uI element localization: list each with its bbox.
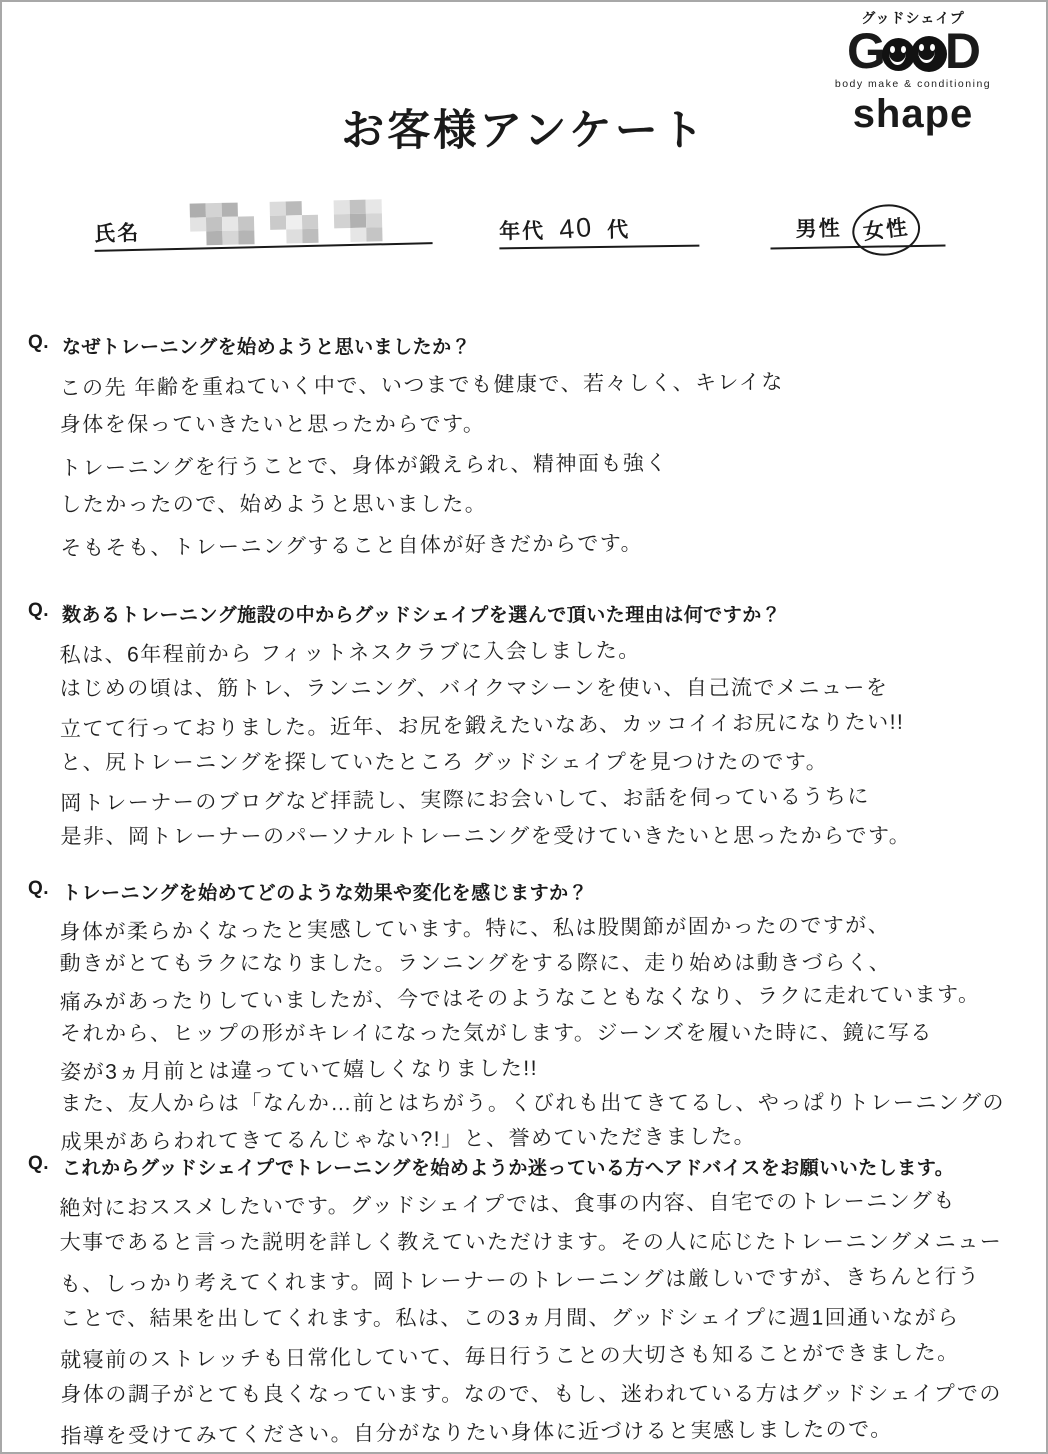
answer-line: 姿が3ヵ月前とは違っていて嬉しくなりました!! xyxy=(60,1047,1026,1090)
answer-line: と、尻トレーニングを探していたところ グッドシェイプを見つけたのです。 xyxy=(60,743,1026,781)
question-heading: Q. トレーニングを始めてどのような効果や変化を感じますか？ xyxy=(28,878,1026,905)
name-label: 氏名 xyxy=(94,217,141,248)
smiley-face-icon xyxy=(882,38,915,71)
answer-line: この先 年齢を重ねていく中で、いつまでも健康で、若々しく、キレイな xyxy=(59,361,1025,409)
answer-line: 痛みがあったりしていましたが、今ではそのようなこともなくなり、ラクに走れています… xyxy=(60,977,1026,1020)
question-label: Q. xyxy=(28,332,62,359)
question-heading: Q. なぜトレーニングを始めようと思いましたか？ xyxy=(28,332,1026,359)
question-section-1: Q. なぜトレーニングを始めようと思いましたか？ この先 年齢を重ねていく中で、… xyxy=(28,332,1026,565)
name-field: 氏名 xyxy=(93,186,432,252)
answer-line: 絶対におススメしたいです。グッドシェイプでは、食事の内容、自宅でのトレーニングも xyxy=(59,1182,1025,1228)
answer-line: 指導を受けてみてください。自分がなりたい身体に近づけると実感しましたので。 xyxy=(60,1410,1026,1454)
question-label: Q. xyxy=(28,878,62,905)
answer-line: また、友人からは「なんか…前とはちがう。くびれも出てきてるし、やっぱりトレーニン… xyxy=(60,1085,1026,1121)
survey-page: グッドシェイプ GD body make & conditioning shap… xyxy=(0,0,1048,1454)
logo-letter-g: G xyxy=(847,26,884,76)
answer-line: はじめの頃は、筋トレ、ランニング、バイクマシーンを使い、自己流でメニューを xyxy=(60,669,1026,707)
page-title: お客様アンケート xyxy=(2,97,1046,158)
logo-letter-d: D xyxy=(945,26,979,76)
handwritten-answer: 絶対におススメしたいです。グッドシェイプでは、食事の内容、自宅でのトレーニングも… xyxy=(27,1183,1026,1454)
answer-line: それから、ヒップの形がキレイになった気がします。ジーンズを履いた時に、鏡に写る xyxy=(60,1015,1026,1051)
question-section-3: Q. トレーニングを始めてどのような効果や変化を感じますか？ 身体が柔らかくなっ… xyxy=(28,878,1026,1156)
gender-female-label: 女性 xyxy=(861,216,909,244)
answer-line: 身体を保っていきたいと思ったからです。 xyxy=(60,404,1026,445)
answer-line: 是非、岡トレーナーのパーソナルトレーニングを受けていきたいと思ったからです。 xyxy=(60,817,1026,855)
handwritten-answer: この先 年齢を重ねていく中で、いつまでも健康で、若々しく、キレイな 身体を保って… xyxy=(27,362,1026,567)
gender-male-label: 男性 xyxy=(795,212,842,243)
gender-selected-circle: 女性 xyxy=(849,201,923,260)
answer-line: 身体が柔らかくなったと実感しています。特に、私は股関節が固かったのですが、 xyxy=(59,907,1025,950)
answer-line: 動きがとてもラクになりました。ランニングをする際に、走り始めは動きづらく、 xyxy=(60,945,1026,981)
question-heading: Q. これからグッドシェイプでトレーニングを始めようか迷っている方へアドバイスを… xyxy=(28,1153,1026,1180)
question-text: トレーニングを始めてどのような効果や変化を感じますか？ xyxy=(62,878,588,905)
handwritten-answer: 身体が柔らかくなったと実感しています。特に、私は股関節が固かったのですが、 動き… xyxy=(27,908,1026,1158)
age-suffix: 代 xyxy=(607,214,630,244)
answer-line: 大事であると言った説明を詳しく教えていただけます。その人に応じたトレーニングメニ… xyxy=(60,1223,1026,1262)
logo-tagline: body make & conditioning xyxy=(818,78,1008,90)
question-label: Q. xyxy=(28,600,62,627)
age-label: 年代 xyxy=(499,215,545,246)
answer-line: 岡トレーナーのブログなど拝読し、実際にお会いして、お話を伺っているうちに xyxy=(60,777,1026,822)
logo-good-word: GD xyxy=(818,26,1008,76)
smiley-face-icon xyxy=(911,36,947,72)
question-text: 数あるトレーニング施設の中からグッドシェイプを選んで頂いた理由は何ですか？ xyxy=(62,600,781,627)
question-heading: Q. 数あるトレーニング施設の中からグッドシェイプを選んで頂いた理由は何ですか？ xyxy=(28,600,1026,627)
answer-line: 私は、6年程前から フィットネスクラブに入会しました。 xyxy=(59,629,1025,674)
question-text: なぜトレーニングを始めようと思いましたか？ xyxy=(62,332,471,359)
answer-line: 就寝前のストレッチも日常化していて、毎日行うことの大切さも知ることができました。 xyxy=(60,1334,1026,1380)
answer-line: したかったので、始めようと思いました。 xyxy=(60,484,1026,525)
answer-line: ことで、結果を出してくれます。私は、この3ヵ月間、グッドシェイプに週1回通いなが… xyxy=(60,1299,1026,1338)
answer-line: 立てて行っておりました。近年、お尻を鍛えたいなあ、カッコイイお尻になりたい!! xyxy=(60,703,1026,748)
question-section-2: Q. 数あるトレーニング施設の中からグッドシェイプを選んで頂いた理由は何ですか？… xyxy=(28,600,1026,855)
answer-line: トレーニングを行うことで、身体が鍛えられ、精神面も強く xyxy=(60,441,1026,489)
question-text: これからグッドシェイプでトレーニングを始めようか迷っている方へアドバイスをお願い… xyxy=(62,1153,954,1180)
question-section-4: Q. これからグッドシェイプでトレーニングを始めようか迷っている方へアドバイスを… xyxy=(28,1153,1026,1452)
age-value-handwritten: 40 xyxy=(558,212,595,246)
name-redacted xyxy=(158,199,415,247)
answer-line: も、しっかり考えてくれます。岡トレーナーのトレーニングは厳しいですが、きちんと行… xyxy=(60,1258,1026,1304)
answer-line: 身体の調子がとても良くなっています。なので、もし、迷われている方はグッドシェイプ… xyxy=(60,1375,1026,1414)
answer-line: そもそも、トレーニングすること自体が好きだからです。 xyxy=(60,521,1026,569)
age-field: 年代 40 代 xyxy=(499,189,700,250)
question-label: Q. xyxy=(28,1153,62,1180)
gender-field: 男性 女性 xyxy=(770,188,946,249)
handwritten-answer: 私は、6年程前から フィットネスクラブに入会しました。 はじめの頃は、筋トレ、ラ… xyxy=(27,630,1026,857)
